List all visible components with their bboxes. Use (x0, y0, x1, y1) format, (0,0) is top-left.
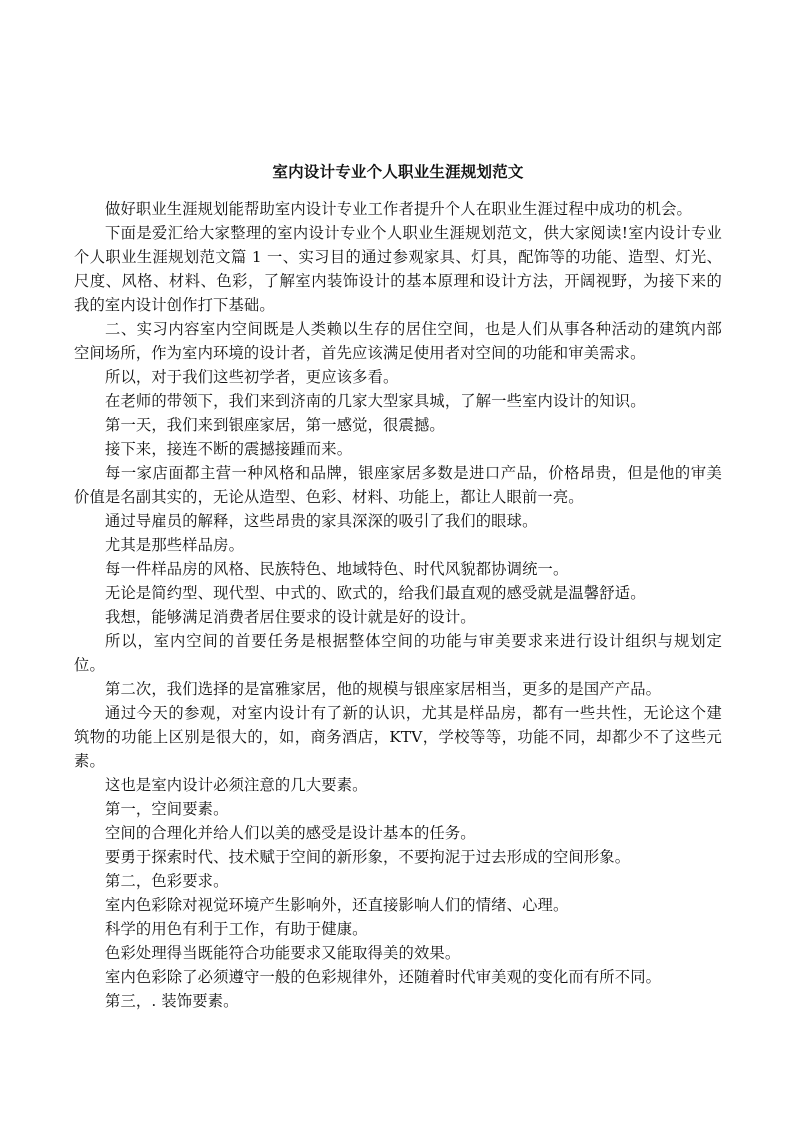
paragraph: 通过今天的参观，对室内设计有了新的认识，尤其是样品房，都有一些共性，无论这个建筑… (74, 701, 722, 773)
paragraph: 每一家店面都主营一种风格和品牌，银座家居多数是进口产品，价格昂贵，但是他的审美价… (74, 461, 722, 509)
paragraph: 第二，色彩要求。 (74, 869, 722, 893)
paragraph: 所以，室内空间的首要任务是根据整体空间的功能与审美要求来进行设计组织与规划定位。 (74, 629, 722, 677)
paragraph: 第二次，我们选择的是富雅家居，他的规模与银座家居相当，更多的是国产产品。 (74, 677, 722, 701)
paragraph: 要勇于探索时代、技术赋于空间的新形象，不要拘泥于过去形成的空间形象。 (74, 845, 722, 869)
document-page: 室内设计专业个人职业生涯规划范文 做好职业生涯规划能帮助室内设计专业工作者提升个… (74, 160, 722, 1013)
paragraph: 第三，. 装饰要素。 (74, 989, 722, 1013)
paragraph: 我想，能够满足消费者居住要求的设计就是好的设计。 (74, 605, 722, 629)
paragraph: 色彩处理得当既能符合功能要求又能取得美的效果。 (74, 941, 722, 965)
paragraph: 下面是爱汇给大家整理的室内设计专业个人职业生涯规划范文，供大家阅读!室内设计专业… (74, 221, 722, 317)
paragraph: 接下来，接连不断的震撼接踵而来。 (74, 437, 722, 461)
document-title: 室内设计专业个人职业生涯规划范文 (74, 160, 722, 184)
paragraph: 二、实习内容室内空间既是人类赖以生存的居住空间，也是人们从事各种活动的建筑内部空… (74, 317, 722, 365)
paragraph: 尤其是那些样品房。 (74, 533, 722, 557)
paragraph: 这也是室内设计必须注意的几大要素。 (74, 773, 722, 797)
document-body: 做好职业生涯规划能帮助室内设计专业工作者提升个人在职业生涯过程中成功的机会。 下… (74, 197, 722, 1013)
paragraph: 在老师的带领下，我们来到济南的几家大型家具城，了解一些室内设计的知识。 (74, 389, 722, 413)
paragraph: 第一天，我们来到银座家居，第一感觉，很震撼。 (74, 413, 722, 437)
paragraph: 通过导雇员的解释，这些昂贵的家具深深的吸引了我们的眼球。 (74, 509, 722, 533)
paragraph: 室内色彩除对视觉环境产生影响外，还直接影响人们的情绪、心理。 (74, 893, 722, 917)
paragraph: 每一件样品房的风格、民族特色、地域特色、时代风貌都协调统一。 (74, 557, 722, 581)
paragraph: 无论是简约型、现代型、中式的、欧式的，给我们最直观的感受就是温馨舒适。 (74, 581, 722, 605)
paragraph: 所以，对于我们这些初学者，更应该多看。 (74, 365, 722, 389)
paragraph: 室内色彩除了必须遵守一般的色彩规律外，还随着时代审美观的变化而有所不同。 (74, 965, 722, 989)
paragraph: 空间的合理化并给人们以美的感受是设计基本的任务。 (74, 821, 722, 845)
paragraph: 第一，空间要素。 (74, 797, 722, 821)
paragraph: 科学的用色有利于工作，有助于健康。 (74, 917, 722, 941)
paragraph: 做好职业生涯规划能帮助室内设计专业工作者提升个人在职业生涯过程中成功的机会。 (74, 197, 722, 221)
